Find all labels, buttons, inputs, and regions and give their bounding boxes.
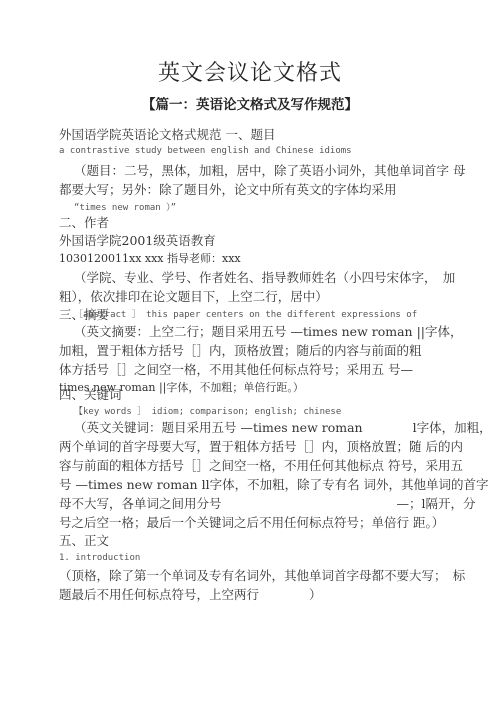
document-page: 英文会议论文格式 【篇一：英语论文格式及写作规范】 外国语学院英语论文格式规范 … — [0, 0, 500, 708]
paragraph-line: 容与前面的粗体方括号［］之间空一格，不用任何其他标点 符号，采用五 — [59, 456, 463, 474]
paragraph-line: 母不大写，各单词之间用分号 —；l隔开，分 — [59, 494, 476, 512]
sample-title-text: a contrastive study between english and … — [59, 146, 352, 156]
section-heading-body: 五、正文 — [59, 531, 109, 549]
author-id-advisor: 1030120011xx xxx 指导老师：xxx — [59, 250, 241, 266]
paragraph-line: 粗），依次排印在论文题目下，上空二行，居中） — [59, 287, 328, 305]
paragraph-line: （英文摘要：上空二行；题目采用五号 —times new roman ||字体， — [74, 322, 463, 340]
abstract-sample: ［abstract ］ this paper centers on the di… — [74, 307, 417, 320]
document-subtitle: 【篇一：英语论文格式及写作规范】 — [0, 93, 500, 113]
paragraph-line: “times new roman ）” — [74, 200, 176, 213]
paragraph-line: 都要大写；另外：除了题目外，论文中所有英文的字体均采用 — [59, 180, 397, 198]
section-heading-title: 外国语学院英语论文格式规范 一、题目 — [59, 125, 275, 143]
document-title: 英文会议论文格式 — [0, 56, 500, 87]
paragraph-line: （学院、专业、学号、作者姓名、指导教师姓名（小四号宋体字， 加 — [74, 268, 455, 286]
author-affiliation: 外国语学院2001级英语教育 — [59, 231, 216, 249]
paragraph-line: 号之后空一格；最后一个关键词之后不用任何标点符号；单倍行 距。） — [59, 513, 444, 531]
paragraph-line: （题目：二号，黑体，加粗，居中，除了英语小词外，其他单词首字 母 — [74, 161, 465, 179]
section-heading-author: 二、作者 — [59, 213, 109, 231]
paragraph-line: （顶格，除了第一个单词及专有名词外，其他单词首字母都不要大写； 标 — [59, 566, 465, 584]
section-heading-keywords: 四、关键词 — [59, 385, 122, 403]
keywords-sample: 【key words ］ idiom; comparison; english;… — [74, 404, 341, 417]
paragraph-line: （英文关键词：题目采用五号 —times new roman l字体，加粗， — [74, 418, 492, 436]
subsection-introduction: 1. introduction — [59, 553, 140, 563]
paragraph-line: 号 —times new roman ll字体，不加粗，除了专有名 词外，其他单… — [59, 475, 489, 493]
paragraph-line: 题最后不用任何标点符号，上空两行 ） — [59, 585, 322, 603]
paragraph-line: 两个单词的首字母要大写，置于粗体方括号［］内，顶格放置；随 后的内 — [59, 437, 463, 455]
paragraph-line: 体方括号［］之间空一格，不用其他任何标点符号；采用五 号— — [59, 360, 413, 378]
paragraph-line: 加粗，置于粗体方括号［］内，顶格放置；随后的内容与前面的粗 — [59, 341, 422, 359]
